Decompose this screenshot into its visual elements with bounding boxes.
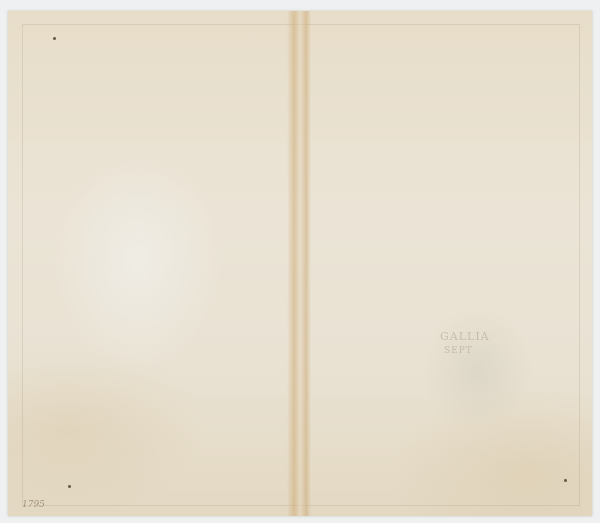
foxing-spot [68,485,71,488]
center-fold [287,11,311,516]
foxing-spot [564,479,567,482]
show-through-title: GALLIA [440,330,490,343]
inventory-mark: 1795 [22,500,45,510]
show-through-subtitle: SEPT [444,346,473,356]
foxing-spot [53,37,56,40]
